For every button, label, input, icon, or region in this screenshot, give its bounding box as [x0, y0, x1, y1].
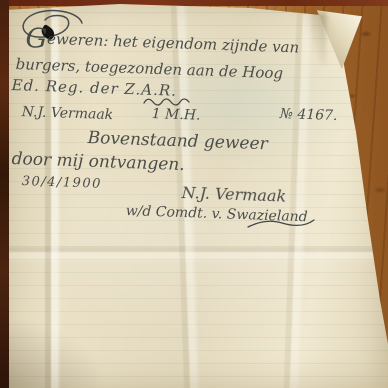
rifle-type: 1 M.H. [151, 106, 200, 124]
initial-letter: G [25, 23, 48, 55]
heading-line-1-text: eweren: het eigendom zijnde van [47, 30, 300, 57]
left-dark-edge [0, 0, 9, 388]
table-top-edge [0, 0, 388, 6]
owner-name: N.J. Vermaak [21, 104, 113, 123]
date: 30/4/1900 [21, 174, 102, 192]
photo-of-document: Geweren: het eigendom zijnde van burgers… [0, 0, 388, 388]
folded-corner-shadow [306, 12, 326, 64]
signature: N.J. Vermaak [181, 183, 286, 206]
rifle-number: № 4167. [279, 106, 337, 124]
